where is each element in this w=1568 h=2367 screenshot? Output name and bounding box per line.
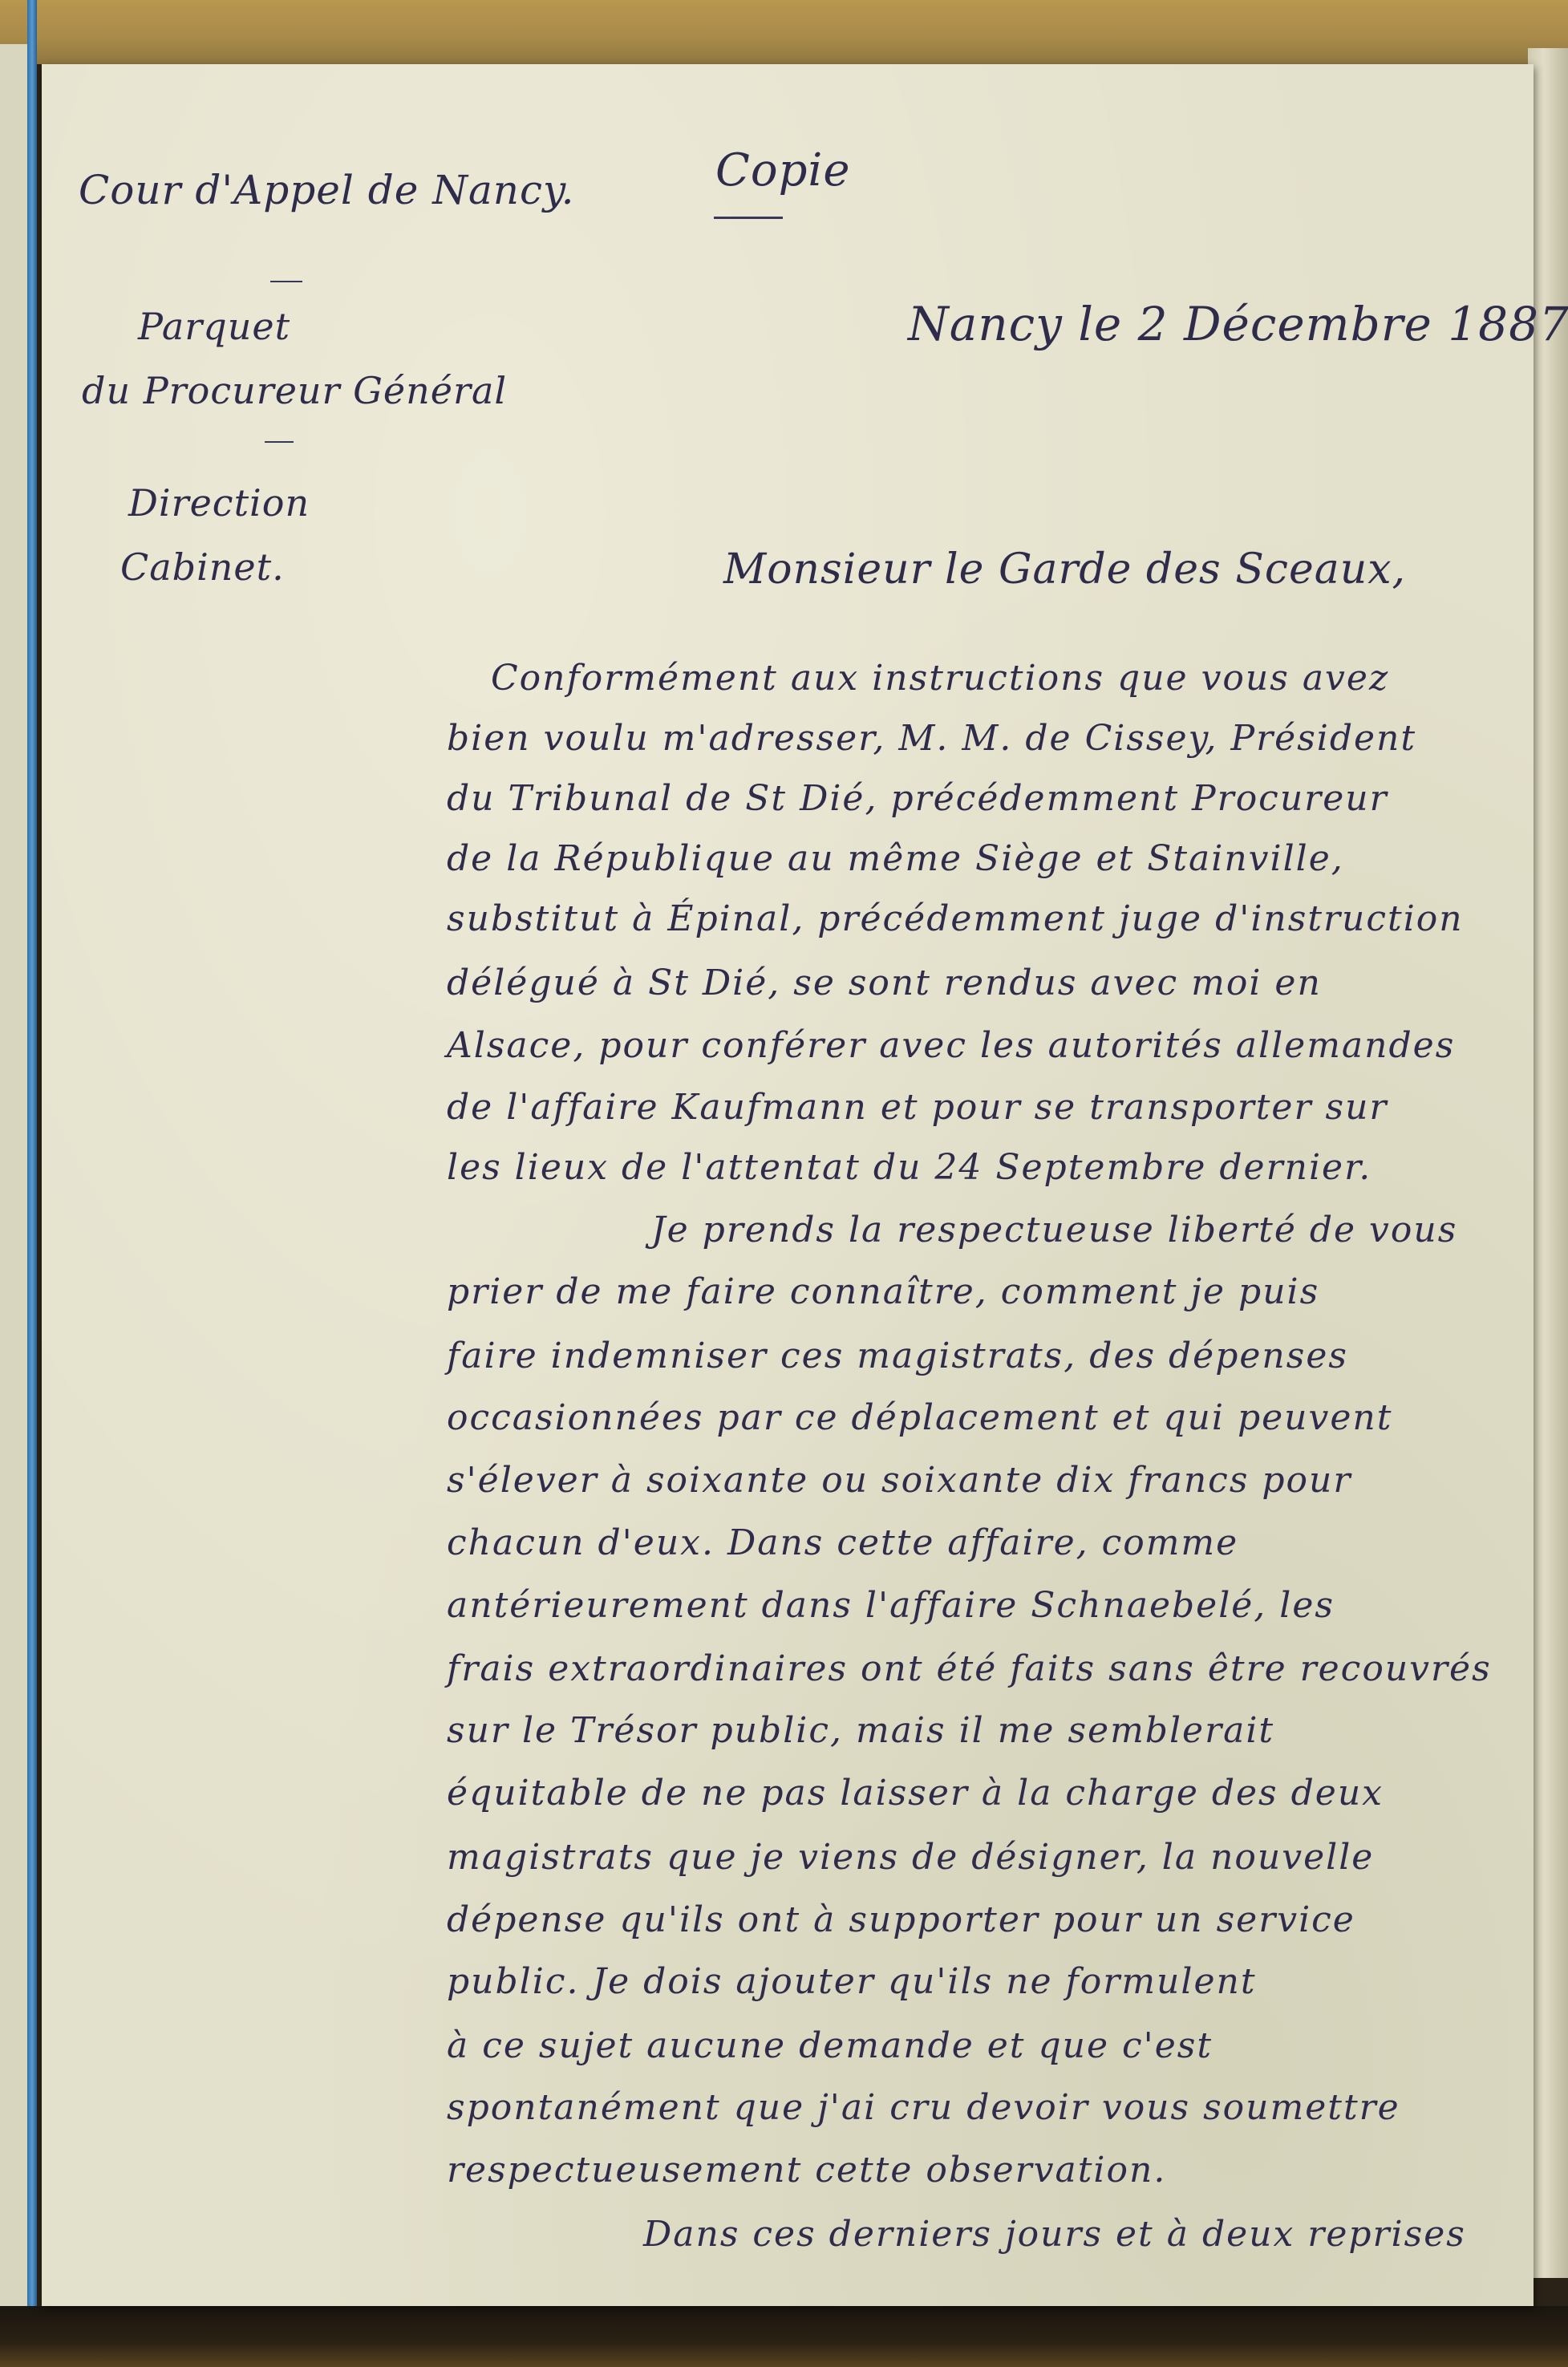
blue-folder-edge <box>27 0 37 2367</box>
body-line: s'élever à soixante ou soixante dix fran… <box>447 1460 1351 1501</box>
body-line: public. Je dois ajouter qu'ils ne formul… <box>447 1961 1257 2002</box>
dark-table-shadow <box>0 2306 1568 2367</box>
body-line: du Tribunal de St Dié, précédemment Proc… <box>447 778 1388 819</box>
body-line: Alsace, pour conférer avec les autorités… <box>447 1025 1455 1066</box>
direction-line-2: Cabinet. <box>120 545 285 589</box>
separator-dash <box>270 281 302 282</box>
salutation: Monsieur le Garde des Sceaux, <box>723 545 1406 594</box>
body-line: antérieurement dans l'affaire Schnaebelé… <box>447 1585 1335 1626</box>
wooden-table-surface <box>0 0 1568 64</box>
body-line: chacun d'eux. Dans cette affaire, comme <box>447 1522 1238 1563</box>
body-line: frais extraordinaires ont été faits sans… <box>447 1648 1492 1689</box>
body-line: Dans ces derniers jours et à deux repris… <box>643 2214 1466 2255</box>
body-line: spontanément que j'ai cru devoir vous so… <box>447 2087 1400 2128</box>
body-line: respectueusement cette observation. <box>447 2150 1166 2191</box>
body-line: magistrats que je viens de désigner, la … <box>447 1837 1374 1878</box>
body-line: Je prends la respectueuse liberté de vou… <box>651 1210 1457 1250</box>
body-line: de la République au même Siège et Stainv… <box>447 838 1344 879</box>
stacked-pages-edge <box>1528 48 1568 2278</box>
body-line: délégué à St Dié, se sont rendus avec mo… <box>447 963 1322 1003</box>
body-line: prier de me faire connaître, comment je … <box>447 1271 1319 1312</box>
separator-dash <box>265 441 294 443</box>
body-line: bien voulu m'adresser, M. M. de Cissey, … <box>447 718 1416 759</box>
court-name: Cour d'Appel de Nancy. <box>79 167 574 213</box>
body-line: faire indemniser ces magistrats, des dép… <box>447 1335 1348 1376</box>
body-line: Conformément aux instructions que vous a… <box>491 658 1389 699</box>
body-line: les lieux de l'attentat du 24 Septembre … <box>447 1147 1371 1188</box>
body-line: sur le Trésor public, mais il me sembler… <box>447 1710 1274 1751</box>
body-line: de l'affaire Kaufmann et pour se transpo… <box>447 1087 1388 1128</box>
office-line-1: Parquet <box>138 305 290 348</box>
date-line: Nancy le 2 Décembre 1887 <box>908 297 1568 351</box>
office-line-2: du Procureur Général <box>82 369 507 412</box>
body-line: dépense qu'ils ont à supporter pour un s… <box>447 1899 1355 1940</box>
body-line: occasionnées par ce déplacement et qui p… <box>447 1397 1392 1438</box>
body-line: équitable de ne pas laisser à la charge … <box>447 1773 1384 1814</box>
document-title: Copie <box>715 144 850 197</box>
direction-line-1: Direction <box>128 481 310 525</box>
body-line: substitut à Épinal, précédemment juge d'… <box>447 898 1464 939</box>
body-line: à ce sujet aucune demande et que c'est <box>447 2025 1213 2066</box>
letter-page: Cour d'Appel de Nancy. Parquet du Procur… <box>42 64 1534 2306</box>
title-underline <box>714 217 783 219</box>
